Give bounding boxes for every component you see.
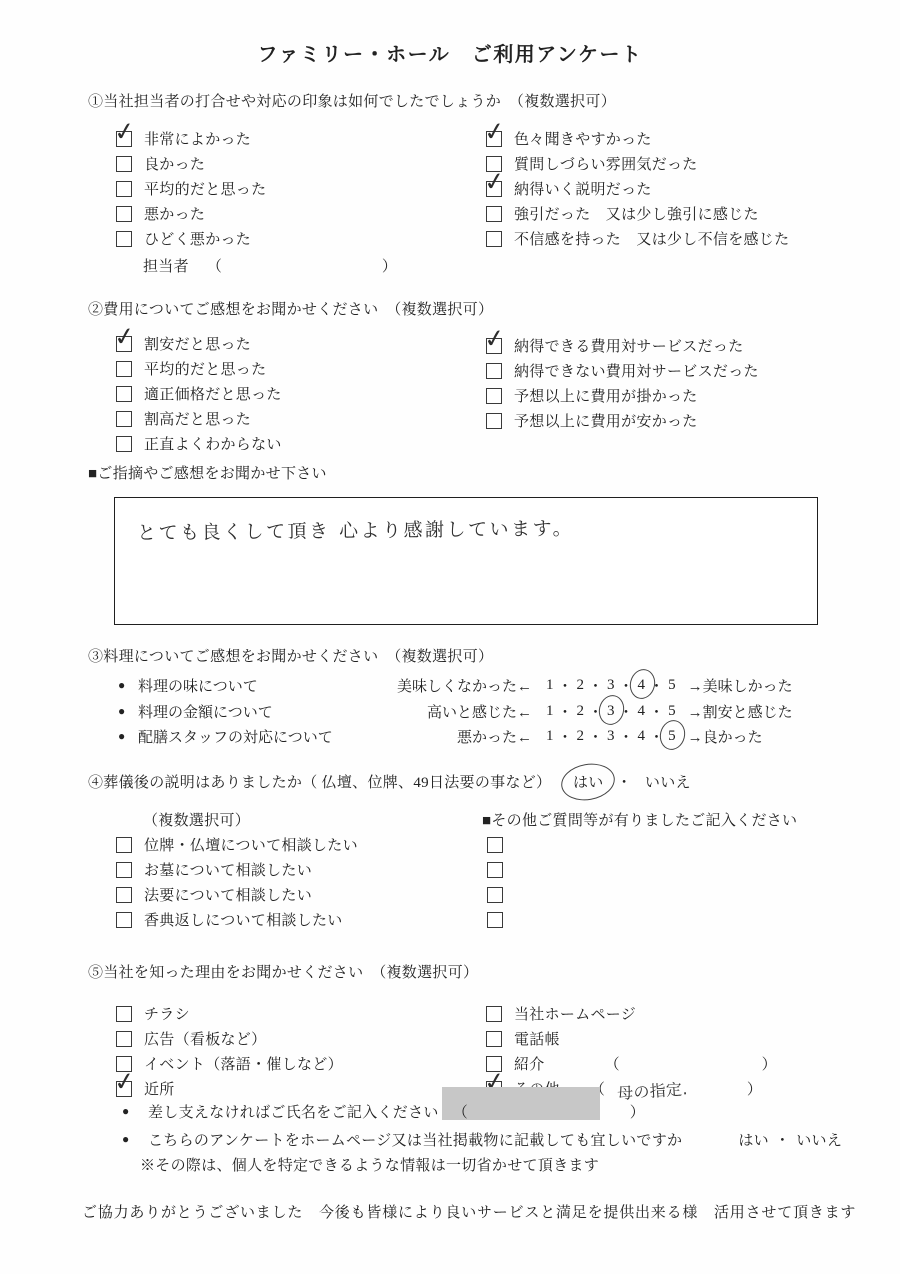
scale-left-anchor: 美味しくなかった← xyxy=(390,675,532,696)
q1-right-options: 色々聞きやすかった 質問しづらい雰囲気だった 納得いく説明だった 強引だった 又… xyxy=(486,126,789,251)
q1-right-option: 納得いく説明だった xyxy=(486,176,789,201)
yes-no-separator: ・ xyxy=(775,1129,790,1150)
option-label: 質問しづらい雰囲気だった xyxy=(514,153,698,174)
option-label: チラシ xyxy=(144,1003,190,1024)
publish-permission-line: ● こちらのアンケートをホームページ又は当社掲載物に記載しても宜しいですか はい… xyxy=(122,1129,842,1150)
checkbox xyxy=(487,912,503,928)
scale-digit: 2 xyxy=(575,703,587,720)
q4-no: いいえ xyxy=(642,771,694,792)
scale-digit: 2 xyxy=(575,677,587,694)
q4-yes-no: はい ・ いいえ xyxy=(570,771,694,792)
option-label: 正直よくわからない xyxy=(144,433,282,454)
scale-right-anchor: →美味しかった xyxy=(688,675,793,696)
paren-open: （ xyxy=(453,1101,468,1122)
q3-row-label: 料理の味について xyxy=(138,675,390,696)
checkbox xyxy=(486,413,502,429)
checkbox xyxy=(116,1081,132,1097)
staff-label: 担当者 xyxy=(143,255,189,276)
q4-option: 位牌・仏壇について相談したい xyxy=(116,832,358,857)
option-label: 納得できない費用対サービスだった xyxy=(514,360,759,381)
q2-heading: ②費用についてご感想をお聞かせください （複数選択可） xyxy=(88,298,493,319)
q2-left-option: 割安だと思った xyxy=(116,331,282,356)
scale-separator: ・ xyxy=(647,701,666,722)
checkbox xyxy=(116,1031,132,1047)
q5-left-option: イベント（落語・催しなど） xyxy=(116,1051,343,1076)
q3-rating-rows: ● 料理の味について 美味しくなかった← 1・2・3・4・5 →美味しかった ●… xyxy=(118,673,793,750)
q1-left-options: 非常によかった 良かった 平均的だと思った 悪かった ひどく悪かった xyxy=(116,126,266,251)
bullet-icon: ● xyxy=(118,678,138,693)
rating-scale: 1・2・3・4・5 xyxy=(544,675,678,696)
q2-right-option: 予想以上に費用が掛かった xyxy=(486,383,759,408)
option-label: 納得いく説明だった xyxy=(514,178,652,199)
checkbox xyxy=(116,837,132,853)
scale-digit: 5 xyxy=(666,728,678,745)
scale-digit: 3 xyxy=(605,677,617,694)
scale-separator: ・ xyxy=(586,726,605,747)
checkbox xyxy=(116,862,132,878)
scale-separator: ・ xyxy=(556,701,575,722)
q3-row-label: 料理の金額について xyxy=(138,701,390,722)
bullet-icon: ● xyxy=(118,729,138,744)
checkbox xyxy=(116,386,132,402)
q2-left-option: 割高だと思った xyxy=(116,406,282,431)
scale-digit: 3 xyxy=(605,703,617,720)
q4-options: 位牌・仏壇について相談したい お墓について相談したい 法要について相談したい 香… xyxy=(116,832,358,932)
q5-right-options: 当社ホームページ 電話帳 紹介 （ ） その他 （ 母の指定. ） xyxy=(486,1001,777,1101)
staff-name-blank xyxy=(222,265,382,266)
option-label: 納得できる費用対サービスだった xyxy=(514,335,744,356)
scale-separator: ・ xyxy=(556,675,575,696)
checkbox xyxy=(116,436,132,452)
q2-left-options: 割安だと思った 平均的だと思った 適正価格だと思った 割高だと思った 正直よくわ… xyxy=(116,331,282,456)
q1-left-option: 悪かった xyxy=(116,201,266,226)
q1-right-option: 強引だった 又は少し強引に感じた xyxy=(486,201,789,226)
scale-separator: ・ xyxy=(617,726,636,747)
q4-other-boxes xyxy=(487,832,503,932)
q2-right-option: 予想以上に費用が安かった xyxy=(486,408,759,433)
paren-open: （ xyxy=(207,255,222,276)
page-title: ファミリー・ホール ご利用アンケート xyxy=(0,38,900,67)
checkbox xyxy=(116,156,132,172)
scale-digit: 4 xyxy=(636,677,648,694)
checkbox xyxy=(486,1031,502,1047)
q5-right-option: 当社ホームページ xyxy=(486,1001,777,1026)
q4-option: お墓について相談したい xyxy=(116,857,358,882)
scale-digit: 4 xyxy=(636,703,648,720)
comment-heading: ■ご指摘やご感想をお聞かせ下さい xyxy=(88,462,327,483)
option-label: 電話帳 xyxy=(514,1028,560,1049)
q1-right-option: 不信感を持った 又は少し不信を感じた xyxy=(486,226,789,251)
q1-left-option: 非常によかった xyxy=(116,126,266,151)
checkbox xyxy=(116,181,132,197)
q1-right-option: 質問しづらい雰囲気だった xyxy=(486,151,789,176)
checkbox xyxy=(487,862,503,878)
option-label: 平均的だと思った xyxy=(144,358,266,379)
name-request-text: 差し支えなければご氏名をご記入ください xyxy=(148,1101,439,1122)
checkbox xyxy=(116,336,132,352)
q3-row-price: ● 料理の金額について 高いと感じた← 1・2・3・4・5 →割安と感じた xyxy=(118,699,793,725)
option-label: 法要について相談したい xyxy=(144,884,312,905)
paren-close: ） xyxy=(630,1101,645,1122)
scanned-survey-page: ファミリー・ホール ご利用アンケート ①当社担当者の打合せや対応の印象は如何でし… xyxy=(0,0,900,1274)
paren-close: ） xyxy=(762,1053,777,1074)
paren-close: ） xyxy=(747,1078,762,1099)
q5-left-options: チラシ 広告（看板など） イベント（落語・催しなど） 近所 xyxy=(116,1001,343,1101)
rating-scale: 1・2・3・4・5 xyxy=(544,701,678,722)
q4-heading: ④葬儀後の説明はありましたか（ 仏壇、位牌、49日法要の事など） xyxy=(88,771,551,792)
q2-left-option: 正直よくわからない xyxy=(116,431,282,456)
option-label: 割安だと思った xyxy=(144,333,251,354)
scale-right-anchor: →良かった xyxy=(688,726,763,747)
scale-digit: 5 xyxy=(666,677,678,694)
option-label: イベント（落語・催しなど） xyxy=(144,1053,343,1074)
q5-left-option: チラシ xyxy=(116,1001,343,1026)
staff-name-line: 担当者 （ ） xyxy=(143,255,397,276)
checkbox xyxy=(487,837,503,853)
option-label: 平均的だと思った xyxy=(144,178,266,199)
q5-heading: ⑤当社を知った理由をお聞かせください （複数選択可） xyxy=(88,961,478,982)
q4-other-row xyxy=(487,882,503,907)
checkbox xyxy=(116,411,132,427)
referral-blank xyxy=(632,1063,750,1064)
handwritten-comment: とても良くして頂き 心より感謝しています。 xyxy=(137,514,574,546)
checkbox xyxy=(116,1006,132,1022)
option-label: 位牌・仏壇について相談したい xyxy=(144,834,358,855)
scale-digit: 1 xyxy=(544,728,556,745)
q2-right-option: 納得できる費用対サービスだった xyxy=(486,333,759,358)
q4-option: 香典返しについて相談したい xyxy=(116,907,358,932)
q4-sub-heading: （複数選択可） xyxy=(143,809,250,830)
option-label: 非常によかった xyxy=(144,128,251,149)
bullet-icon: ● xyxy=(122,1104,142,1119)
rating-scale: 1・2・3・4・5 xyxy=(544,726,678,747)
option-label: 香典返しについて相談したい xyxy=(144,909,343,930)
q4-option: 法要について相談したい xyxy=(116,882,358,907)
scale-digit: 3 xyxy=(605,728,617,745)
publish-yes: はい xyxy=(738,1129,769,1150)
q4-other-heading: ■その他ご質問等が有りましたご記入ください xyxy=(482,809,797,830)
option-label: ひどく悪かった xyxy=(144,228,251,249)
q3-row-label: 配膳スタッフの対応について xyxy=(138,726,390,747)
q5-right-option: 電話帳 xyxy=(486,1026,777,1051)
option-label: 良かった xyxy=(144,153,205,174)
scale-digit: 2 xyxy=(575,728,587,745)
checkbox xyxy=(486,231,502,247)
footer-thanks: ご協力ありがとうございました 今後も皆様により良いサービスと満足を提供出来る様 … xyxy=(82,1201,856,1222)
option-label: お墓について相談したい xyxy=(144,859,312,880)
scale-digit: 4 xyxy=(636,728,648,745)
scale-left-anchor: 悪かった← xyxy=(390,726,532,747)
yes-no-separator: ・ xyxy=(617,771,632,792)
privacy-note: ※その際は、個人を特定できるような情報は一切省かせて頂きます xyxy=(140,1154,599,1175)
q3-heading: ③料理についてご感想をお聞かせください （複数選択可） xyxy=(88,645,493,666)
q4-yes: はい xyxy=(570,771,607,792)
q3-row-taste: ● 料理の味について 美味しくなかった← 1・2・3・4・5 →美味しかった xyxy=(118,673,793,699)
q4-other-row xyxy=(487,832,503,857)
q4-other-row xyxy=(487,907,503,932)
scale-right-anchor: →割安と感じた xyxy=(688,701,793,722)
checkbox xyxy=(116,131,132,147)
comment-box: とても良くして頂き 心より感謝しています。 xyxy=(114,497,818,625)
checkbox xyxy=(116,361,132,377)
scale-separator: ・ xyxy=(586,675,605,696)
checkbox xyxy=(116,912,132,928)
option-label: 予想以上に費用が掛かった xyxy=(514,385,698,406)
option-label: 不信感を持った 又は少し不信を感じた xyxy=(514,228,789,249)
name-blank xyxy=(474,1111,624,1112)
q3-row-staff: ● 配膳スタッフの対応について 悪かった← 1・2・3・4・5 →良かった xyxy=(118,724,793,750)
paren-open: （ xyxy=(605,1053,620,1074)
scale-digit: 1 xyxy=(544,703,556,720)
publish-permission-text: こちらのアンケートをホームページ又は当社掲載物に記載しても宜しいですか xyxy=(148,1129,682,1150)
checkbox xyxy=(116,887,132,903)
option-label: 広告（看板など） xyxy=(144,1028,266,1049)
scale-separator: ・ xyxy=(556,726,575,747)
q1-left-option: 良かった xyxy=(116,151,266,176)
option-label: 予想以上に費用が安かった xyxy=(514,410,698,431)
option-label: 適正価格だと思った xyxy=(144,383,282,404)
q2-right-options: 納得できる費用対サービスだった 納得できない費用対サービスだった 予想以上に費用… xyxy=(486,333,759,433)
checkbox xyxy=(486,131,502,147)
checkbox xyxy=(486,338,502,354)
checkbox xyxy=(486,181,502,197)
publish-no: いいえ xyxy=(796,1129,842,1150)
option-label: 強引だった 又は少し強引に感じた xyxy=(514,203,759,224)
q4-other-row xyxy=(487,857,503,882)
q1-left-option: 平均的だと思った xyxy=(116,176,266,201)
scale-digit: 5 xyxy=(666,703,678,720)
checkbox xyxy=(486,388,502,404)
q1-right-option: 色々聞きやすかった xyxy=(486,126,789,151)
q1-heading: ①当社担当者の打合せや対応の印象は如何でしたでしょうか （複数選択可） xyxy=(88,90,616,111)
checkbox xyxy=(116,206,132,222)
q5-left-option: 広告（看板など） xyxy=(116,1026,343,1051)
q2-left-option: 平均的だと思った xyxy=(116,356,282,381)
option-label: 近所 xyxy=(144,1078,175,1099)
q2-left-option: 適正価格だと思った xyxy=(116,381,282,406)
q1-left-option: ひどく悪かった xyxy=(116,226,266,251)
scale-digit: 1 xyxy=(544,677,556,694)
option-label: 割高だと思った xyxy=(144,408,251,429)
name-request-line: ● 差し支えなければご氏名をご記入ください （ ） xyxy=(122,1101,645,1122)
bullet-icon: ● xyxy=(122,1132,142,1147)
option-label: 色々聞きやすかった xyxy=(514,128,652,149)
checkbox xyxy=(486,363,502,379)
checkbox xyxy=(116,231,132,247)
q2-right-option: 納得できない費用対サービスだった xyxy=(486,358,759,383)
scale-left-anchor: 高いと感じた← xyxy=(390,701,532,722)
paren-close: ） xyxy=(382,255,397,276)
option-label: 悪かった xyxy=(144,203,205,224)
option-label: 紹介 xyxy=(514,1053,545,1074)
checkbox xyxy=(486,1006,502,1022)
q5-left-option: 近所 xyxy=(116,1076,343,1101)
handwritten-other-reason: 母の指定. xyxy=(616,1073,735,1104)
bullet-icon: ● xyxy=(118,704,138,719)
checkbox xyxy=(487,887,503,903)
option-label: 当社ホームページ xyxy=(514,1003,636,1024)
checkbox xyxy=(486,206,502,222)
